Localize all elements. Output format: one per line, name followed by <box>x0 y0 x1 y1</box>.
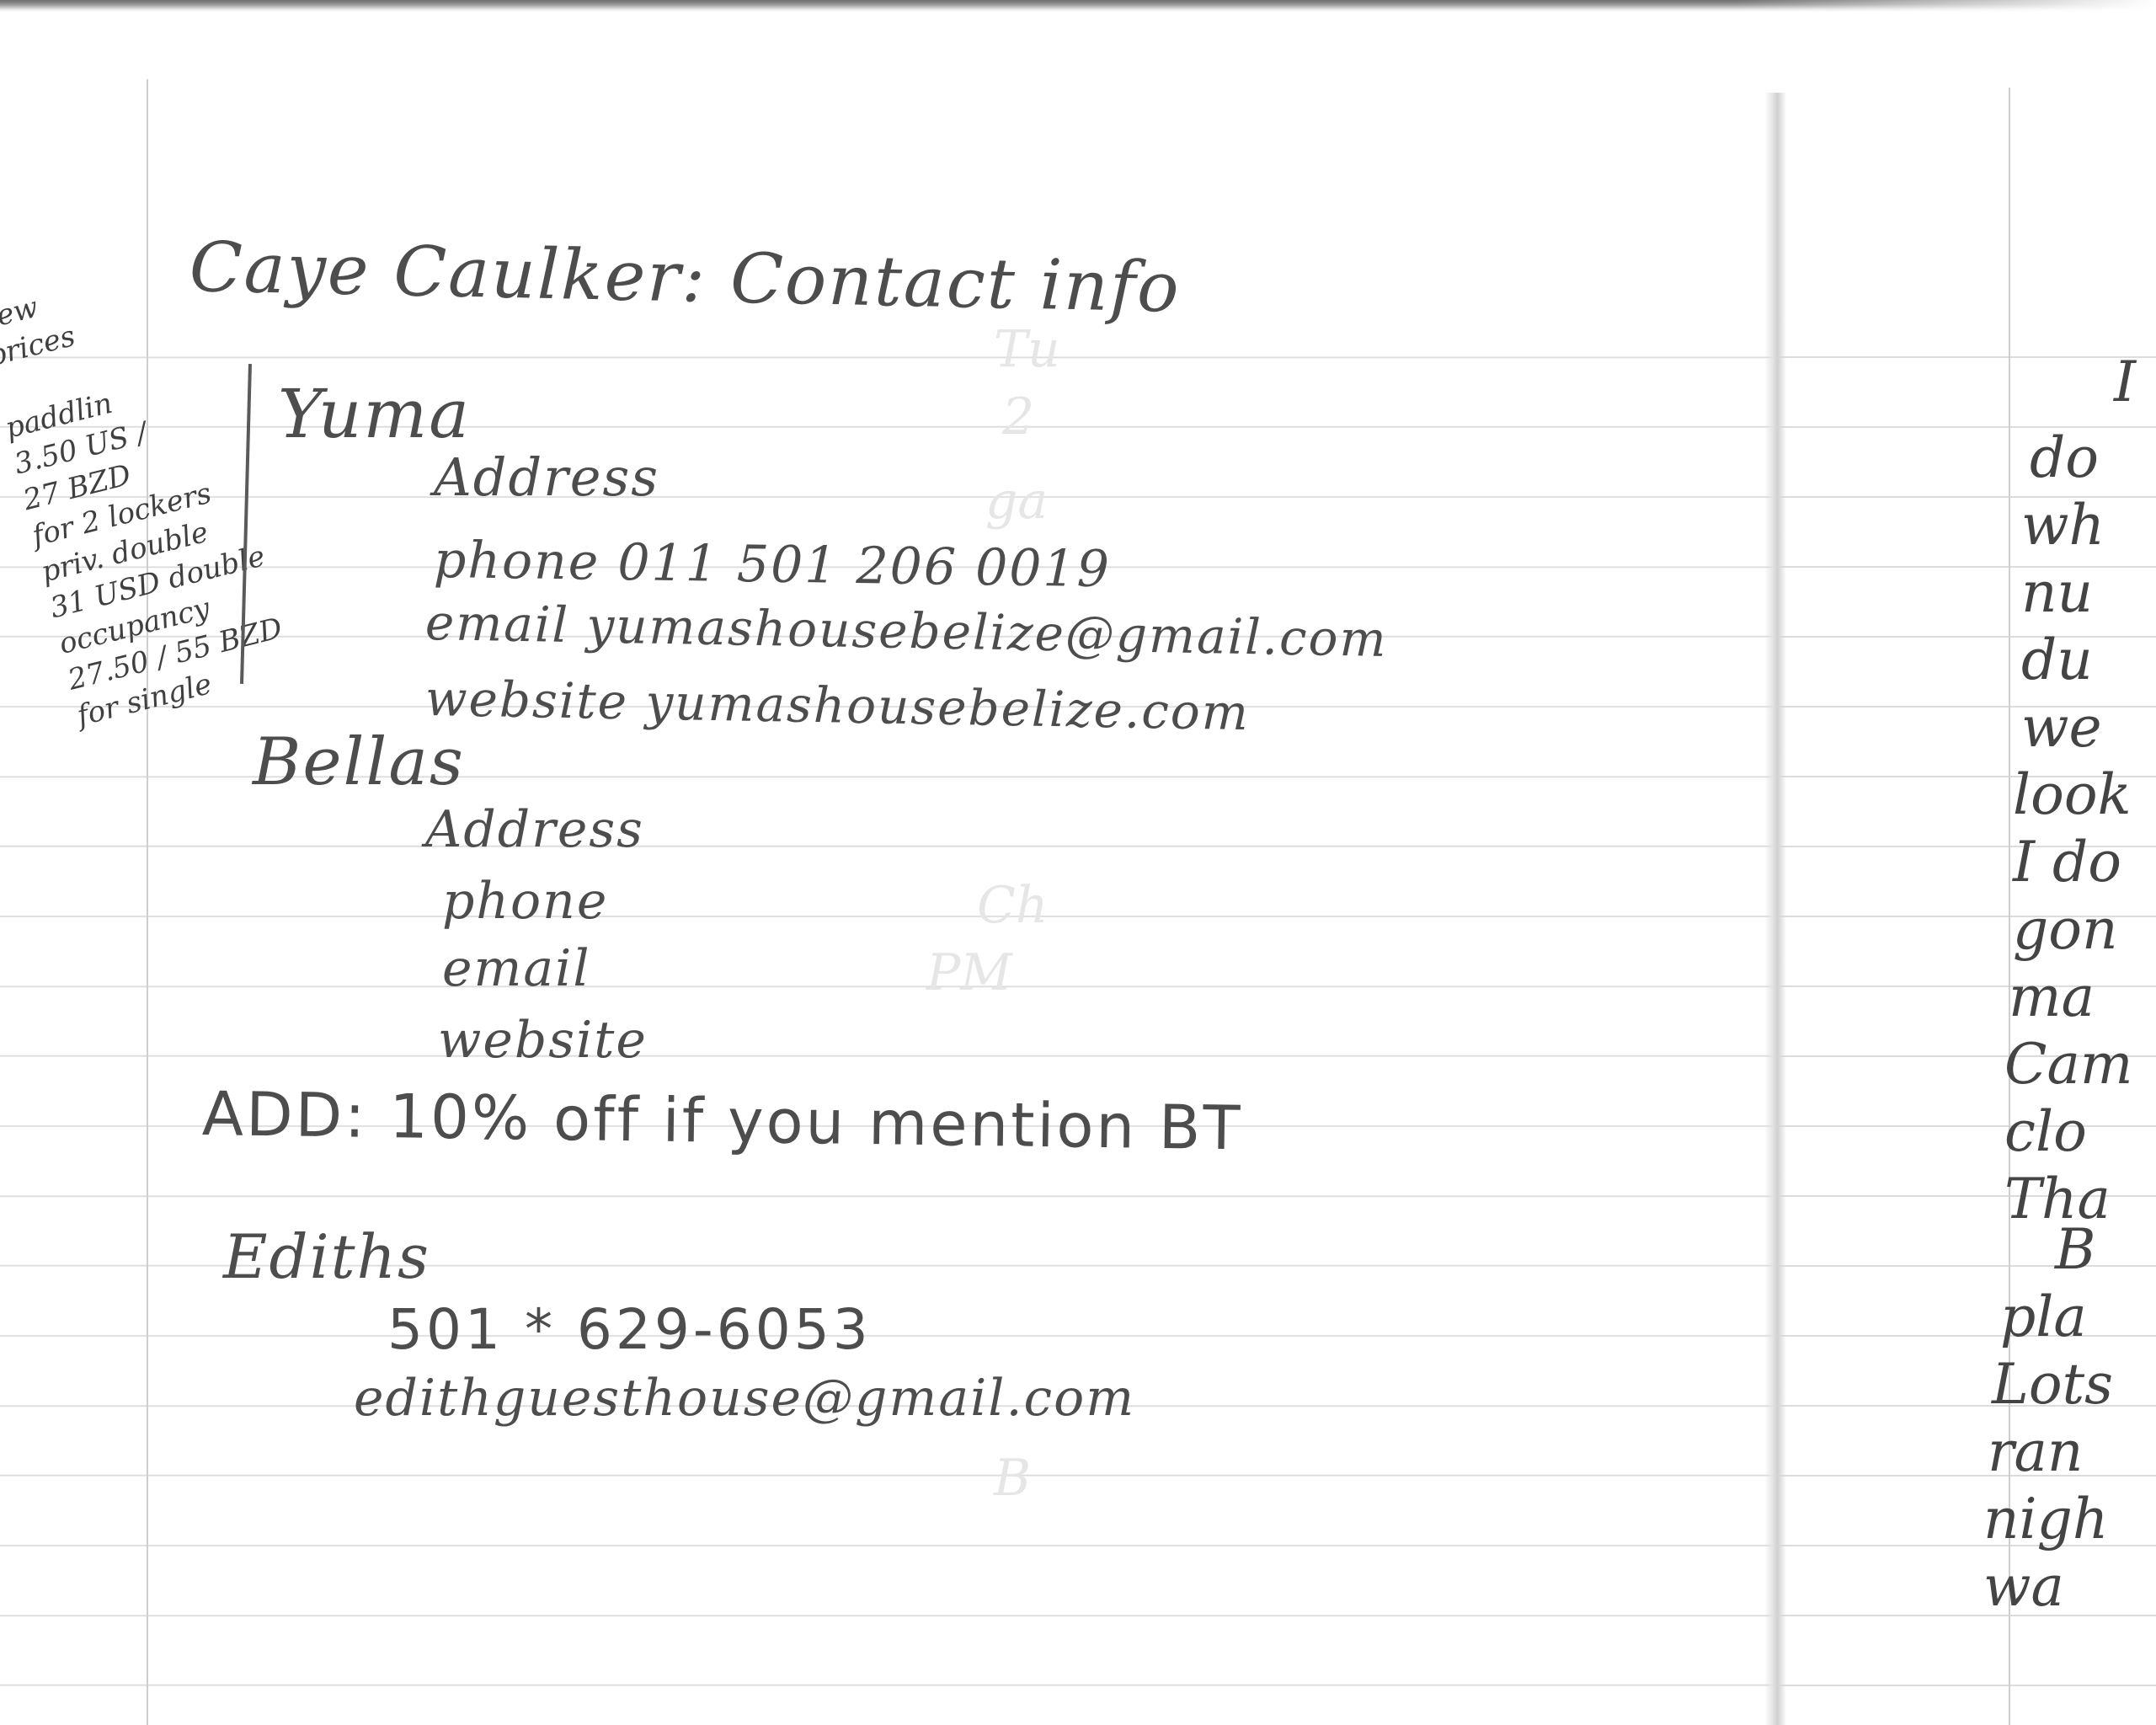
ediths-phone: 501 * 629-6053 <box>387 1297 872 1362</box>
yuma-email-label: email <box>424 594 569 654</box>
right-line: Cam <box>2004 1032 2132 1097</box>
right-line: wh <box>2021 493 2105 558</box>
right-line: B <box>2055 1217 2096 1282</box>
right-line: nigh <box>1983 1487 2108 1551</box>
ghost-text: B <box>994 1449 1031 1508</box>
scanner-shadow <box>0 0 2156 12</box>
right-line: do <box>2030 425 2099 490</box>
ghost-text: 2 <box>1002 387 1034 446</box>
bellas-phone-label: phone <box>442 872 608 931</box>
right-line: ma <box>2009 964 2095 1029</box>
right-line: gon <box>2013 897 2118 962</box>
contact-heading-yuma: Yuma <box>278 375 471 453</box>
yuma-phone-value: 011 501 206 0019 <box>617 533 1111 599</box>
ghost-text: Ch <box>977 876 1049 935</box>
yuma-phone-label: phone <box>434 531 600 592</box>
right-line: nu <box>2021 560 2093 625</box>
contact-heading-ediths: Ediths <box>223 1221 430 1292</box>
right-line: du <box>2021 628 2093 692</box>
right-line: pla <box>2000 1284 2087 1349</box>
right-line: wa <box>1983 1554 2064 1619</box>
right-line: Lots <box>1992 1352 2113 1417</box>
right-line: I <box>2114 350 2136 414</box>
yuma-website-value: yumashousebelize.com <box>645 674 1251 742</box>
right-line: look <box>2013 762 2132 827</box>
right-line: ran <box>1988 1419 2083 1484</box>
right-line: clo <box>2004 1099 2087 1164</box>
right-line: we <box>2021 695 2102 760</box>
bellas-email-label: email <box>442 939 591 998</box>
bellas-website-label: website <box>438 1011 648 1070</box>
discount-note: ADD: 10% off if you mention BT <box>201 1078 1243 1163</box>
ghost-text: ga <box>985 472 1048 531</box>
bellas-address-label: Address <box>425 800 644 859</box>
contact-heading-bellas: Bellas <box>253 724 465 800</box>
ghost-text: PM <box>926 943 1012 1002</box>
ghost-text: Tu <box>994 320 1060 379</box>
ediths-email: edithguesthouse@gmail.com <box>354 1369 1135 1428</box>
right-line: I do <box>2013 830 2121 895</box>
yuma-website-label: website <box>424 670 628 730</box>
yuma-address-label: Address <box>434 446 659 508</box>
yuma-phone: phone 011 501 206 0019 <box>434 531 1112 599</box>
